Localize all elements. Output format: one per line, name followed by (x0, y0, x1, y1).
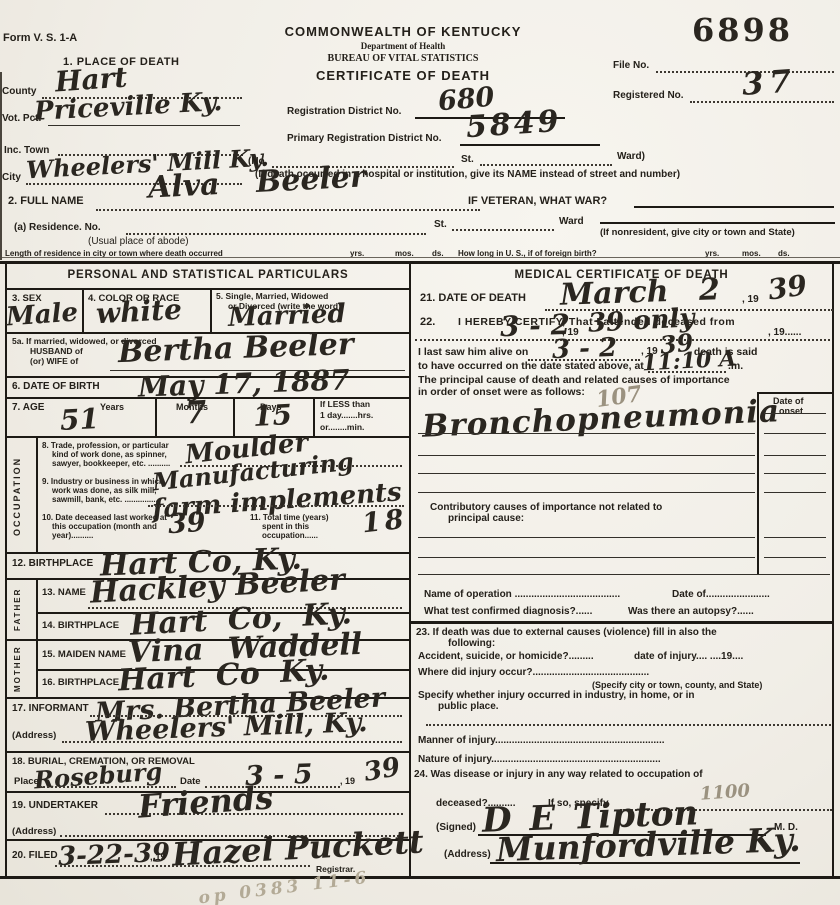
cause-of-death-value: Bronchopneumonia (421, 396, 780, 443)
commonwealth-title: COMMONWEALTH OF KENTUCKY (278, 24, 528, 39)
last-worked-label: 10. Date deceased last worked at (42, 513, 167, 522)
rule (418, 432, 755, 434)
rule (155, 397, 157, 437)
pencil-annotation: op 0383 11-6 (198, 870, 372, 905)
residence-st-label: St. (434, 219, 447, 230)
street-label: St. (461, 154, 474, 165)
contributory-label: Contributory causes of importance not re… (430, 502, 662, 513)
operation-label: Name of operation ......................… (424, 589, 620, 600)
rule (452, 228, 554, 231)
rule (764, 412, 826, 414)
wife-of-label: (or) WIFE of (30, 356, 78, 366)
form-number: Form V. S. 1-A (3, 32, 77, 44)
husband-of-label: HUSBAND of (30, 346, 83, 356)
rule (36, 436, 38, 554)
county-label: County (2, 86, 36, 97)
dob-label: 6. DATE OF BIRTH (12, 381, 100, 392)
mother-vertical-label: MOTHER (13, 643, 22, 695)
signed-label: (Signed) (436, 822, 476, 833)
dod-year-prefix: , 19 (742, 294, 759, 305)
rule (96, 208, 480, 211)
to-year-label: , 19...... (768, 327, 801, 338)
principal-cause-label: The principal cause of death and related… (418, 374, 730, 386)
time-of-death-value: 11:10 A (641, 348, 736, 375)
certify-number: 22. (420, 316, 435, 328)
full-name-label: 2. FULL NAME (8, 195, 84, 207)
rule (764, 556, 826, 558)
informant-address-label: (Address) (12, 730, 56, 741)
date-of-onset-label: onset (779, 406, 803, 416)
rule (418, 556, 755, 558)
faint-code-pencil: 1100 (699, 782, 750, 803)
specify-where-label: Specify whether injury occurred in indus… (418, 690, 695, 701)
race-value: white (95, 296, 182, 328)
total-time-value: 18 (361, 506, 409, 538)
nonresident-note: (If nonresident, give city or town and S… (600, 227, 795, 238)
rule (126, 232, 426, 235)
registered-no-label: Registered No. (613, 90, 684, 101)
informant-label: 17. INFORMANT (12, 703, 89, 714)
department-subtitle: Department of Health (278, 41, 528, 51)
father-birthplace-label: 14. BIRTHPLACE (42, 620, 119, 631)
external-causes-label: following: (448, 638, 495, 649)
last-worked-label: year).......... (52, 531, 93, 540)
death-certificate-scan: Form V. S. 1-A 1. PLACE OF DEATH County … (0, 0, 840, 905)
certificate-number: 6898 (692, 14, 793, 46)
burial-year-prefix: , 19 (340, 776, 355, 786)
rule (764, 432, 826, 434)
age-months-value: 7 (184, 397, 207, 429)
birthplace-label: 12. BIRTHPLACE (12, 558, 93, 569)
dod-year-value: 39 (766, 271, 808, 304)
primary-district-value: 5849 (465, 107, 562, 144)
filed-label: 20. FILED (12, 850, 58, 861)
rule (418, 573, 830, 575)
rule (6, 751, 410, 753)
rule (0, 261, 840, 264)
file-no-label: File No. (613, 60, 649, 71)
rule (55, 864, 310, 867)
manner-of-injury-label: Manner of injury........................… (418, 735, 665, 746)
rule (764, 454, 826, 456)
undertaker-value: Friends (137, 781, 274, 822)
primary-district-label: Primary Registration District No. (287, 133, 441, 144)
total-time-label: spent in this (262, 522, 309, 531)
rule (409, 261, 411, 878)
rule (418, 536, 755, 538)
nature-of-injury-label: Nature of injury........................… (418, 754, 661, 765)
rule (5, 261, 7, 878)
rule (634, 206, 834, 208)
accident-label: Accident, suicide, or homicide?......... (418, 651, 594, 662)
specify-city-note: (Specify city or town, county, and State… (592, 680, 762, 690)
rule (426, 723, 831, 726)
where-injury-label: Where did injury occur?.................… (418, 667, 649, 678)
if-less-hrs-label: 1 day.......hrs. (320, 410, 373, 420)
rule (832, 261, 834, 878)
rule (480, 163, 612, 166)
spouse-value: Bertha Beeler (118, 330, 355, 368)
occupation-vertical-label: OCCUPATION (12, 442, 22, 550)
father-name-label: 13. NAME (42, 587, 86, 598)
rule (418, 472, 755, 474)
total-time-label: 11. Total time (years) (250, 513, 329, 522)
rule (62, 740, 402, 743)
rule (148, 504, 404, 507)
rule (233, 397, 235, 437)
age-label: 7. AGE (12, 402, 44, 413)
full-name-value: Alva Beeler (147, 162, 366, 203)
age-days-value: 15 (252, 401, 292, 431)
registered-no-value: 37 (741, 66, 798, 101)
physician-address-label: (Address) (444, 849, 491, 860)
am-suffix-label: .m. (728, 360, 743, 372)
last-saw-label: I last saw him alive on (418, 346, 528, 358)
bureau-subtitle: BUREAU OF VITAL STATISTICS (278, 53, 528, 64)
injury-date-label: date of injury.... ....19.... (634, 651, 743, 662)
trade-label: kind of work done, as spinner, (52, 450, 167, 459)
rule (415, 338, 830, 341)
burial-year-value: 39 (362, 754, 402, 786)
city-label: City (2, 172, 21, 183)
if-less-label: If LESS than (320, 399, 370, 409)
rule (410, 621, 834, 624)
last-worked-value: 39 (167, 509, 206, 539)
principal-cause-label: in order of onset were as follows: (418, 386, 585, 398)
rule (6, 288, 410, 290)
if-less-min-label: or........min. (320, 422, 364, 432)
rule (313, 397, 315, 437)
industry-label: sawmill, bank, etc. ............... (52, 495, 158, 504)
rule (82, 288, 84, 332)
abode-note: (Usual place of abode) (88, 236, 189, 247)
rule (0, 257, 840, 258)
mother-birthplace-label: 16. BIRTHPLACE (42, 677, 119, 688)
related-occupation-label: 24. Was disease or injury in any way rel… (414, 769, 703, 780)
sex-value: Male (5, 300, 79, 331)
total-time-label: occupation...... (262, 531, 318, 540)
age-years-label: Years (100, 402, 124, 412)
occurred-label: to have occurred on the date stated abov… (418, 360, 644, 372)
rule (600, 222, 835, 224)
last-worked-label: this occupation (month and (52, 522, 157, 531)
veteran-label: IF VETERAN, WHAT WAR? (468, 195, 607, 207)
contributory-label: principal cause: (448, 513, 524, 524)
rule (0, 72, 2, 260)
rule (418, 454, 755, 456)
residence-ward-label: Ward (559, 216, 584, 227)
rule (764, 536, 826, 538)
test-label: What test confirmed diagnosis?...... (424, 606, 592, 617)
date-of-death-label: 21. DATE OF DEATH (420, 292, 526, 304)
industry-label: work was done, as silk mill, (52, 486, 156, 495)
filed-year-prefix: , 19 (150, 852, 166, 863)
rule (418, 491, 755, 493)
undertaker-label: 19. UNDERTAKER (12, 800, 98, 811)
age-years-value: 51 (59, 405, 99, 435)
registration-district-label: Registration District No. (287, 106, 401, 117)
industry-label: 9. Industry or business in which (42, 477, 164, 486)
mother-maiden-name-label: 15. MAIDEN NAME (42, 649, 126, 660)
undertaker-address-label: (Address) (12, 826, 56, 837)
last-saw-date-value: 3 - 2 (552, 335, 618, 363)
specify-where-label: public place. (438, 701, 499, 712)
marital-value: Married (228, 301, 346, 331)
rule (0, 876, 840, 879)
personal-section-title: PERSONAL AND STATISTICAL PARTICULARS (7, 269, 409, 281)
father-vertical-label: FATHER (13, 582, 22, 637)
rule (764, 491, 826, 493)
operation-date-label: Date of....................... (672, 589, 770, 600)
rule (764, 472, 826, 474)
votpct-value: Priceville Ky. (33, 89, 223, 125)
residence-label: (a) Residence. No. (14, 222, 101, 233)
rule (210, 288, 212, 332)
trade-label: 8. Trade, profession, or particular (42, 441, 169, 450)
autopsy-label: Was there an autopsy?...... (628, 606, 754, 617)
ward-close-label: Ward) (617, 151, 645, 162)
external-causes-label: 23. If death was due to external causes … (416, 627, 717, 638)
rule (36, 578, 38, 698)
physician-address-value: Munfordville Ky. (496, 823, 801, 867)
